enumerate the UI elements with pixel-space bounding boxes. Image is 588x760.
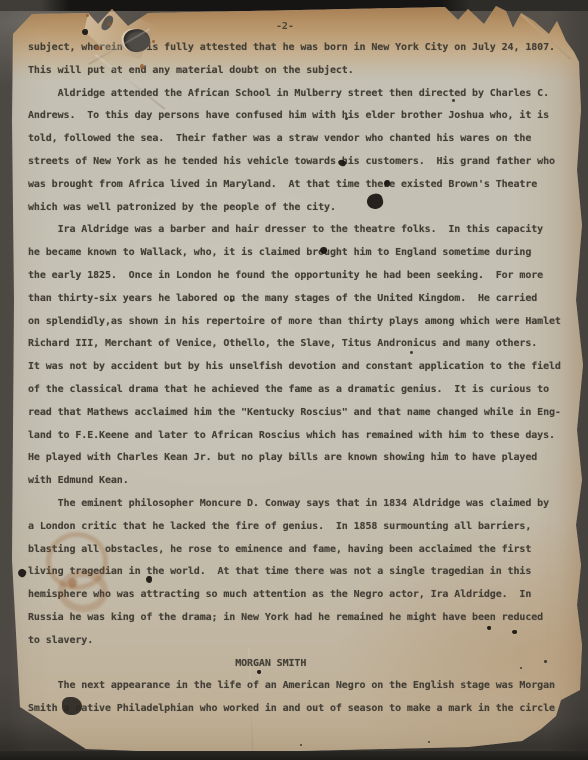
text-line: he became known to Wallack, who, it is c… [28,242,584,265]
ink-blot [320,247,327,254]
edge-mark [1,520,6,529]
text-line: which was well patronized by the people … [28,197,584,220]
rust-ring-stain [58,570,108,612]
rust-speck [68,578,77,588]
paper-speck [345,117,348,120]
text-line: told, followed the sea. Their father was… [28,128,584,151]
paper-speck [410,351,413,354]
ink-blot [17,568,28,579]
text-line: streets of New York as he tended his veh… [28,151,584,174]
text-line: The eminent philosopher Moncure D. Conwa… [28,493,584,516]
text-line: Andrews. To this day persons have confus… [28,105,584,128]
paper-speck [230,299,233,302]
text-line: Ira Aldridge was a barber and hair dress… [28,219,584,242]
rust-speck [96,46,100,50]
ink-blot [146,576,152,583]
text-line: It was not by accident but by his unself… [28,356,584,379]
text-line: a London critic that he lacked the fire … [28,516,584,539]
text-line: MORGAN SMITH [28,653,584,676]
paper-speck [452,99,455,102]
ink-blot [82,29,88,35]
rust-speck [152,40,155,43]
mat-bottom-strip [0,751,588,760]
ink-blot [384,180,390,187]
ink-blot [257,670,261,674]
text-line: living tragedian in the world. At that t… [28,561,584,584]
text-line: Russia he was king of the drama; in New … [28,607,584,630]
text-line: land to F.E.Keene and later to African R… [28,425,584,448]
rust-speck [108,22,111,26]
text-line: was brought from Africa lived in Marylan… [28,174,584,197]
text-line: The next appearance in the life of an Am… [28,675,584,698]
page-number: -2- [276,21,294,32]
edge-mark [6,568,11,576]
text-line: hemisphere who was attracting so much at… [28,584,584,607]
text-line: to slavery. [28,630,584,653]
text-line: He played with Charles Kean Jr. but no p… [28,447,584,470]
text-line: Smith a native Philadelphian who worked … [28,698,584,721]
text-line: This will put at end any material doubt … [28,60,584,83]
paper-hole [62,697,82,715]
text-line: Richard III, Merchant of Venice, Othello… [28,333,584,356]
text-line: blasting all obstacles, he rose to emine… [28,539,584,562]
paper-speck [544,660,547,663]
rust-speck [86,14,89,17]
scanned-document-page: { "page": { "number_label": "-2-" }, "do… [0,0,588,760]
text-line: of the classical drama that he achieved … [28,379,584,402]
ink-blot [487,626,491,630]
text-line: with Edmund Kean. [28,470,584,493]
text-line: than thirty-six years he labored on the … [28,288,584,311]
text-line: on splendidly,as shown in his repertoire… [28,311,584,334]
paper-speck [428,741,430,743]
text-line: read that Mathews acclaimed him the "Ken… [28,402,584,425]
text-line: the early 1825. Once in London he found … [28,265,584,288]
text-line: Aldridge attended the African School in … [28,83,584,106]
paper-speck [520,667,522,669]
rust-speck [140,64,144,69]
ink-blot [512,630,517,634]
paper-speck [300,744,302,746]
edge-mark [1,543,5,551]
paper-sheet: -2- subject, wherein it is fully atteste… [0,0,588,760]
typewritten-text: subject, wherein it is fully attested th… [28,37,584,721]
